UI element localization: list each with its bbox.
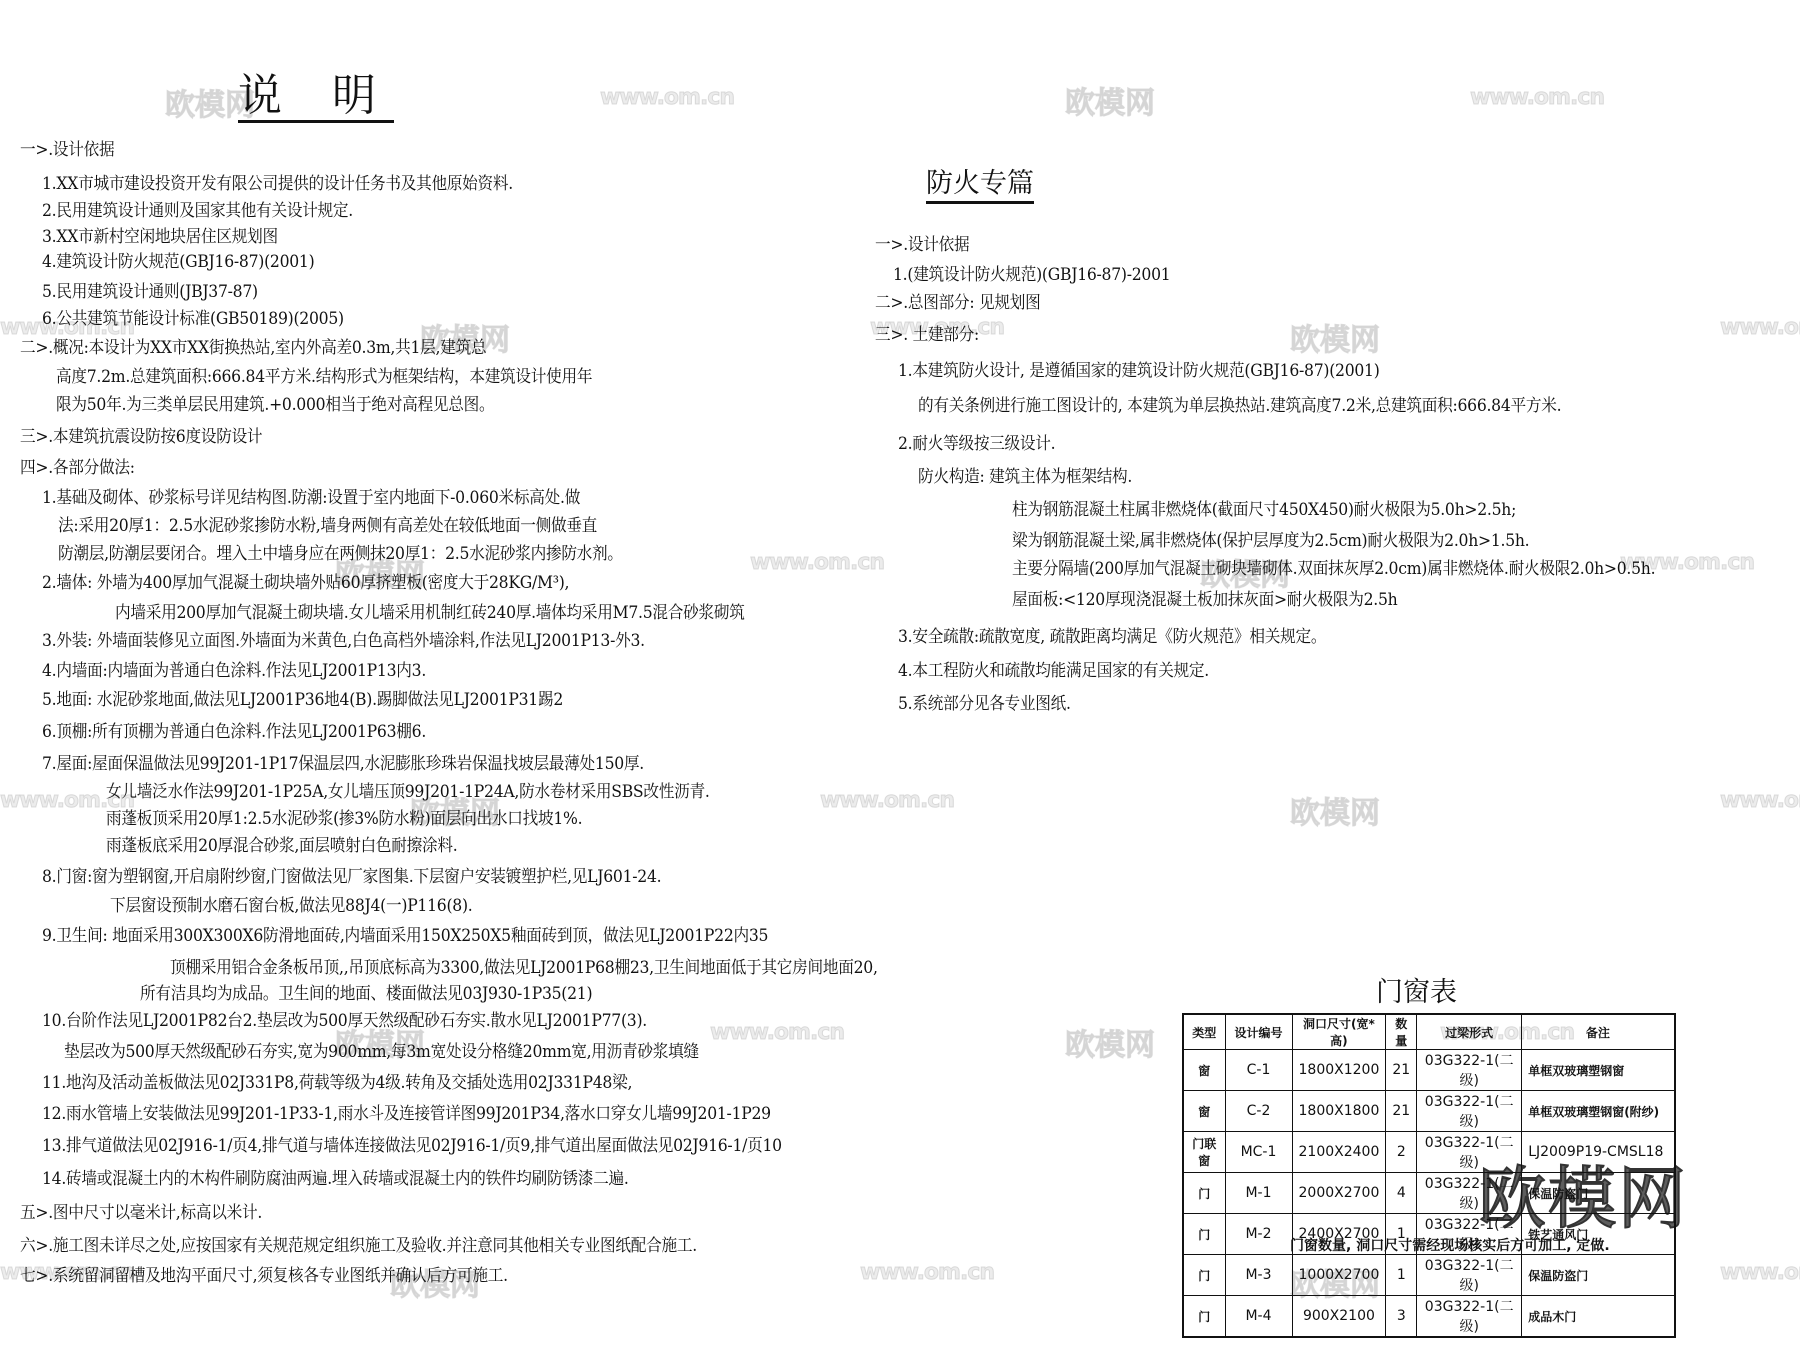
cell-design-code: M-1 (1225, 1173, 1292, 1214)
cell-remarks: 单框双玻璃塑钢窗 (1522, 1050, 1675, 1091)
fire-note-line: 3.安全疏散:疏散宽度, 疏散距离均满足《防火规范》相关规定。 (898, 622, 1326, 647)
cell-design-code: C-1 (1225, 1050, 1292, 1091)
door-window-table-title: 门窗表 (1376, 970, 1457, 1009)
fire-note-line: 4.本工程防火和疏散均能满足国家的有关规定. (898, 656, 1209, 681)
cell-lintel-type: 03G322-1(二级) (1417, 1255, 1522, 1296)
note-line: 5.民用建筑设计通则(JBJ37-87) (42, 277, 258, 302)
note-line: 1.基础及砌体、砂浆标号详见结构图.防潮:设置于室内地面下-0.060米标高处.… (42, 483, 580, 508)
fire-note-line: 二>.总图部分: 见规划图 (875, 288, 1040, 313)
cell-quantity: 2 (1386, 1132, 1417, 1173)
cell-type: 窗 (1183, 1050, 1225, 1091)
note-line: 6.公共建筑节能设计标准(GB50189)(2005) (42, 304, 344, 329)
note-line: 下层窗设预制水磨石窗台板,做法见88J4(一)P116(8). (110, 891, 472, 916)
note-line: 七>.系统留洞留槽及地沟平面尺寸,须复核各专业图纸并确认后方可施工. (20, 1261, 508, 1286)
cell-design-code: M-4 (1225, 1296, 1292, 1338)
cell-lintel-type: 03G322-1(二级) (1417, 1296, 1522, 1338)
cell-lintel-type: 03G322-1(二级) (1417, 1050, 1522, 1091)
cell-design-code: MC-1 (1225, 1132, 1292, 1173)
watermark-url: www.om.cn (860, 1260, 994, 1285)
table-row: 窗C-21800X18002103G322-1(二级)单框双玻璃塑钢窗(附纱) (1183, 1091, 1675, 1132)
door-window-table-footnote: 门窗数量, 洞口尺寸需经现场核实后方可加工, 定做. (1290, 1235, 1610, 1255)
note-line: 内墙采用200厚加气混凝土砌块墙.女儿墙采用机制红砖240厚.墙体均采用M7.5… (115, 598, 745, 623)
cell-opening-size: 1800X1200 (1292, 1050, 1386, 1091)
header-opening-size: 洞口尺寸(宽*高) (1292, 1014, 1386, 1050)
watermark-url: www.om.cn (1720, 1260, 1800, 1285)
header-quantity: 数量 (1386, 1014, 1417, 1050)
watermark-url: www.om.cn (820, 788, 954, 813)
cell-remarks: 保温防盗门 (1522, 1173, 1675, 1214)
note-line: 12.雨水管墙上安装做法见99J201-1P33-1,雨水斗及连接管详图99J2… (42, 1099, 771, 1124)
cell-opening-size: 1800X1800 (1292, 1091, 1386, 1132)
note-line: 雨蓬板底采用20厚混合砂浆,面层喷射白色耐擦涂料. (106, 831, 457, 856)
table-row: 门联窗MC-12100X2400203G322-1(二级)LJ2009P19-C… (1183, 1132, 1675, 1173)
note-line: 6.顶棚:所有顶棚为普通白色涂料.作法见LJ2001P63棚6. (42, 717, 426, 742)
watermark-url: www.om.cn (600, 85, 734, 110)
watermark-logo: 欧模网 (1290, 315, 1380, 359)
cell-quantity: 21 (1386, 1050, 1417, 1091)
note-line: 7.屋面:屋面保温做法见99J201-1P17保温层四,水泥膨胀珍珠岩保温找坡层… (42, 749, 644, 774)
cell-quantity: 1 (1386, 1255, 1417, 1296)
cell-opening-size: 900X2100 (1292, 1296, 1386, 1338)
table-row: 门M-31000X2700103G322-1(二级)保温防盗门 (1183, 1255, 1675, 1296)
note-line: 13.排气道做法见02J916-1/页4,排气道与墙体连接做法见02J916-1… (42, 1131, 782, 1156)
table-row: 门M-12000X2700403G322-1(二级)保温防盗门 (1183, 1173, 1675, 1214)
fire-note-line: 梁为钢筋混凝土梁,属非燃烧体(保护层厚度为2.5cm)耐火极限为2.0h>1.5… (1012, 526, 1529, 551)
cell-design-code: M-2 (1225, 1214, 1292, 1255)
note-line: 11.地沟及活动盖板做法见02J331P8,荷载等级为4级.转角及交插处选用02… (42, 1068, 632, 1093)
page-title: 说 明 (238, 74, 394, 123)
cell-opening-size: 2100X2400 (1292, 1132, 1386, 1173)
note-line: 防潮层,防潮层要闭合。埋入土中墙身应在两侧抹20厚1：2.5水泥砂浆内掺防水剂。 (58, 539, 623, 564)
cell-type: 门 (1183, 1296, 1225, 1338)
watermark-url: www.om.cn (1470, 85, 1604, 110)
fire-section-title: 防火专篇 (926, 170, 1034, 204)
note-line: 高度7.2m.总建筑面积:666.84平方米.结构形式为框架结构，本建筑设计使用… (56, 362, 592, 387)
watermark-logo: 欧模网 (1065, 1020, 1155, 1064)
note-line: 3.XX市新村空闲地块居住区规划图 (42, 222, 278, 247)
cell-quantity: 21 (1386, 1091, 1417, 1132)
header-remarks: 备注 (1522, 1014, 1675, 1050)
table-row: 门M-4900X2100303G322-1(二级)成品木门 (1183, 1296, 1675, 1338)
fire-note-line: 柱为钢筋混凝土柱属非燃烧体(截面尺寸450X450)耐火极限为5.0h>2.5h… (1012, 495, 1516, 520)
note-line: 法:采用20厚1：2.5水泥砂浆掺防水粉,墙身两侧有高差处在较低地面一侧做垂直 (58, 511, 597, 536)
note-line: 2.民用建筑设计通则及国家其他有关设计规定. (42, 196, 353, 221)
fire-note-line: 1.(建筑设计防火规范)(GBJ16-87)-2001 (893, 260, 1170, 285)
fire-note-line: 的有关条例进行施工图设计的, 本建筑为单层换热站.建筑高度7.2米,总建筑面积:… (918, 391, 1561, 416)
fire-note-line: 屋面板:<120厚现浇混凝土板加抹灰面>耐火极限为2.5h (1012, 585, 1397, 610)
note-line: 3.外装: 外墙面装修见立面图.外墙面为米黄色,白色高档外墙涂料,作法见LJ20… (42, 626, 645, 651)
note-line: 顶棚采用铝合金条板吊顶,,吊顶底标高为3300,做法见LJ2001P68棚23,… (170, 953, 878, 978)
table-header-row: 类型 设计编号 洞口尺寸(宽*高) 数量 过梁形式 备注 (1183, 1014, 1675, 1050)
note-line: 限为50年.为三类单层民用建筑.+0.000相当于绝对高程见总图。 (56, 390, 494, 415)
cell-type: 门 (1183, 1214, 1225, 1255)
cell-remarks: 保温防盗门 (1522, 1255, 1675, 1296)
note-line: 9.卫生间: 地面采用300X300X6防滑地面砖,内墙面采用150X250X5… (42, 921, 768, 946)
fire-note-line: 主要分隔墙(200厚加气混凝土砌块墙砌体.双面抹灰厚2.0cm)属非燃烧体.耐火… (1012, 554, 1655, 579)
fire-note-line: 三>. 土建部分: (875, 320, 979, 345)
cell-remarks: LJ2009P19-CMSL18 (1522, 1132, 1675, 1173)
note-line: 雨蓬板顶采用20厚1:2.5水泥砂浆(掺3%防水粉)面层向出水口找坡1%. (106, 804, 582, 829)
cell-lintel-type: 03G322-1(二级) (1417, 1091, 1522, 1132)
cell-lintel-type: 03G322-1(二级) (1417, 1173, 1522, 1214)
door-window-table: 类型 设计编号 洞口尺寸(宽*高) 数量 过梁形式 备注 窗C-11800X12… (1182, 1013, 1676, 1338)
fire-note-line: 2.耐火等级按三级设计. (898, 429, 1055, 454)
note-line: 三>.本建筑抗震设防按6度设防设计 (20, 422, 262, 447)
cell-quantity: 3 (1386, 1296, 1417, 1338)
watermark-url: www.om.cn (1720, 315, 1800, 340)
note-line: 女儿墙泛水作法99J201-1P25A,女儿墙压顶99J201-1P24A,防水… (106, 777, 710, 802)
note-line: 4.内墙面:内墙面为普通白色涂料.作法见LJ2001P13内3. (42, 656, 426, 681)
cell-type: 门 (1183, 1173, 1225, 1214)
cell-opening-size: 1000X2700 (1292, 1255, 1386, 1296)
watermark-logo: 欧模网 (1290, 788, 1380, 832)
note-line: 5.地面: 水泥砂浆地面,做法见LJ2001P36地4(B).踢脚做法见LJ20… (42, 685, 563, 710)
header-type: 类型 (1183, 1014, 1225, 1050)
fire-note-line: 一>.设计依据 (875, 230, 969, 255)
note-line: 垫层改为500厚天然级配砂石夯实,宽为900mm,每3m宽处设分格缝20mm宽,… (64, 1037, 699, 1062)
table-row: 窗C-11800X12002103G322-1(二级)单框双玻璃塑钢窗 (1183, 1050, 1675, 1091)
note-line: 4.建筑设计防火规范(GBJ16-87)(2001) (42, 247, 314, 272)
watermark-url: www.om.cn (1720, 788, 1800, 813)
header-design-code: 设计编号 (1225, 1014, 1292, 1050)
cell-quantity: 4 (1386, 1173, 1417, 1214)
fire-note-line: 防火构造: 建筑主体为框架结构. (918, 462, 1132, 487)
header-lintel-type: 过梁形式 (1417, 1014, 1522, 1050)
note-line: 14.砖墙或混凝土内的木构件刷防腐油两遍.埋入砖墙或混凝土内的铁件均刷防锈漆二遍… (42, 1164, 629, 1189)
cell-remarks: 单框双玻璃塑钢窗(附纱) (1522, 1091, 1675, 1132)
note-line: 一>.设计依据 (20, 135, 114, 160)
watermark-logo: 欧模网 (1065, 78, 1155, 122)
cell-design-code: M-3 (1225, 1255, 1292, 1296)
note-line: 四>.各部分做法: (20, 453, 135, 478)
cell-type: 门联窗 (1183, 1132, 1225, 1173)
cell-type: 窗 (1183, 1091, 1225, 1132)
watermark-url: www.om.cn (710, 1020, 844, 1045)
cell-lintel-type: 03G322-1(二级) (1417, 1132, 1522, 1173)
cell-opening-size: 2000X2700 (1292, 1173, 1386, 1214)
fire-note-line: 1.本建筑防火设计, 是遵循国家的建筑设计防火规范(GBJ16-87)(2001… (898, 356, 1380, 381)
note-line: 8.门窗:窗为塑钢窗,开启扇附纱窗,门窗做法见厂家图集.下层窗户安装镀塑护栏,见… (42, 862, 661, 887)
cell-remarks: 成品木门 (1522, 1296, 1675, 1338)
watermark-url: www.om.cn (750, 550, 884, 575)
note-line: 1.XX市城市建设投资开发有限公司提供的设计任务书及其他原始资料. (42, 169, 513, 194)
note-line: 二>.概况:本设计为XX市XX街换热站,室内外高差0.3m,共1层,建筑总 (20, 333, 486, 358)
note-line: 五>.图中尺寸以毫米计,标高以米计. (20, 1198, 262, 1223)
cell-type: 门 (1183, 1255, 1225, 1296)
note-line: 2.墙体: 外墙为400厚加气混凝土砌块墙外贴60厚挤塑板(密度大于28KG/M… (42, 568, 569, 593)
note-line: 10.台阶作法见LJ2001P82台2.垫层改为500厚天然级配砂石夯实.散水见… (42, 1006, 647, 1031)
note-line: 所有洁具均为成品。卫生间的地面、楼面做法见03J930-1P35(21) (140, 979, 592, 1004)
cell-design-code: C-2 (1225, 1091, 1292, 1132)
note-line: 六>.施工图未详尽之处,应按国家有关规范规定组织施工及验收.并注意同其他相关专业… (20, 1231, 697, 1256)
fire-note-line: 5.系统部分见各专业图纸. (898, 689, 1071, 714)
